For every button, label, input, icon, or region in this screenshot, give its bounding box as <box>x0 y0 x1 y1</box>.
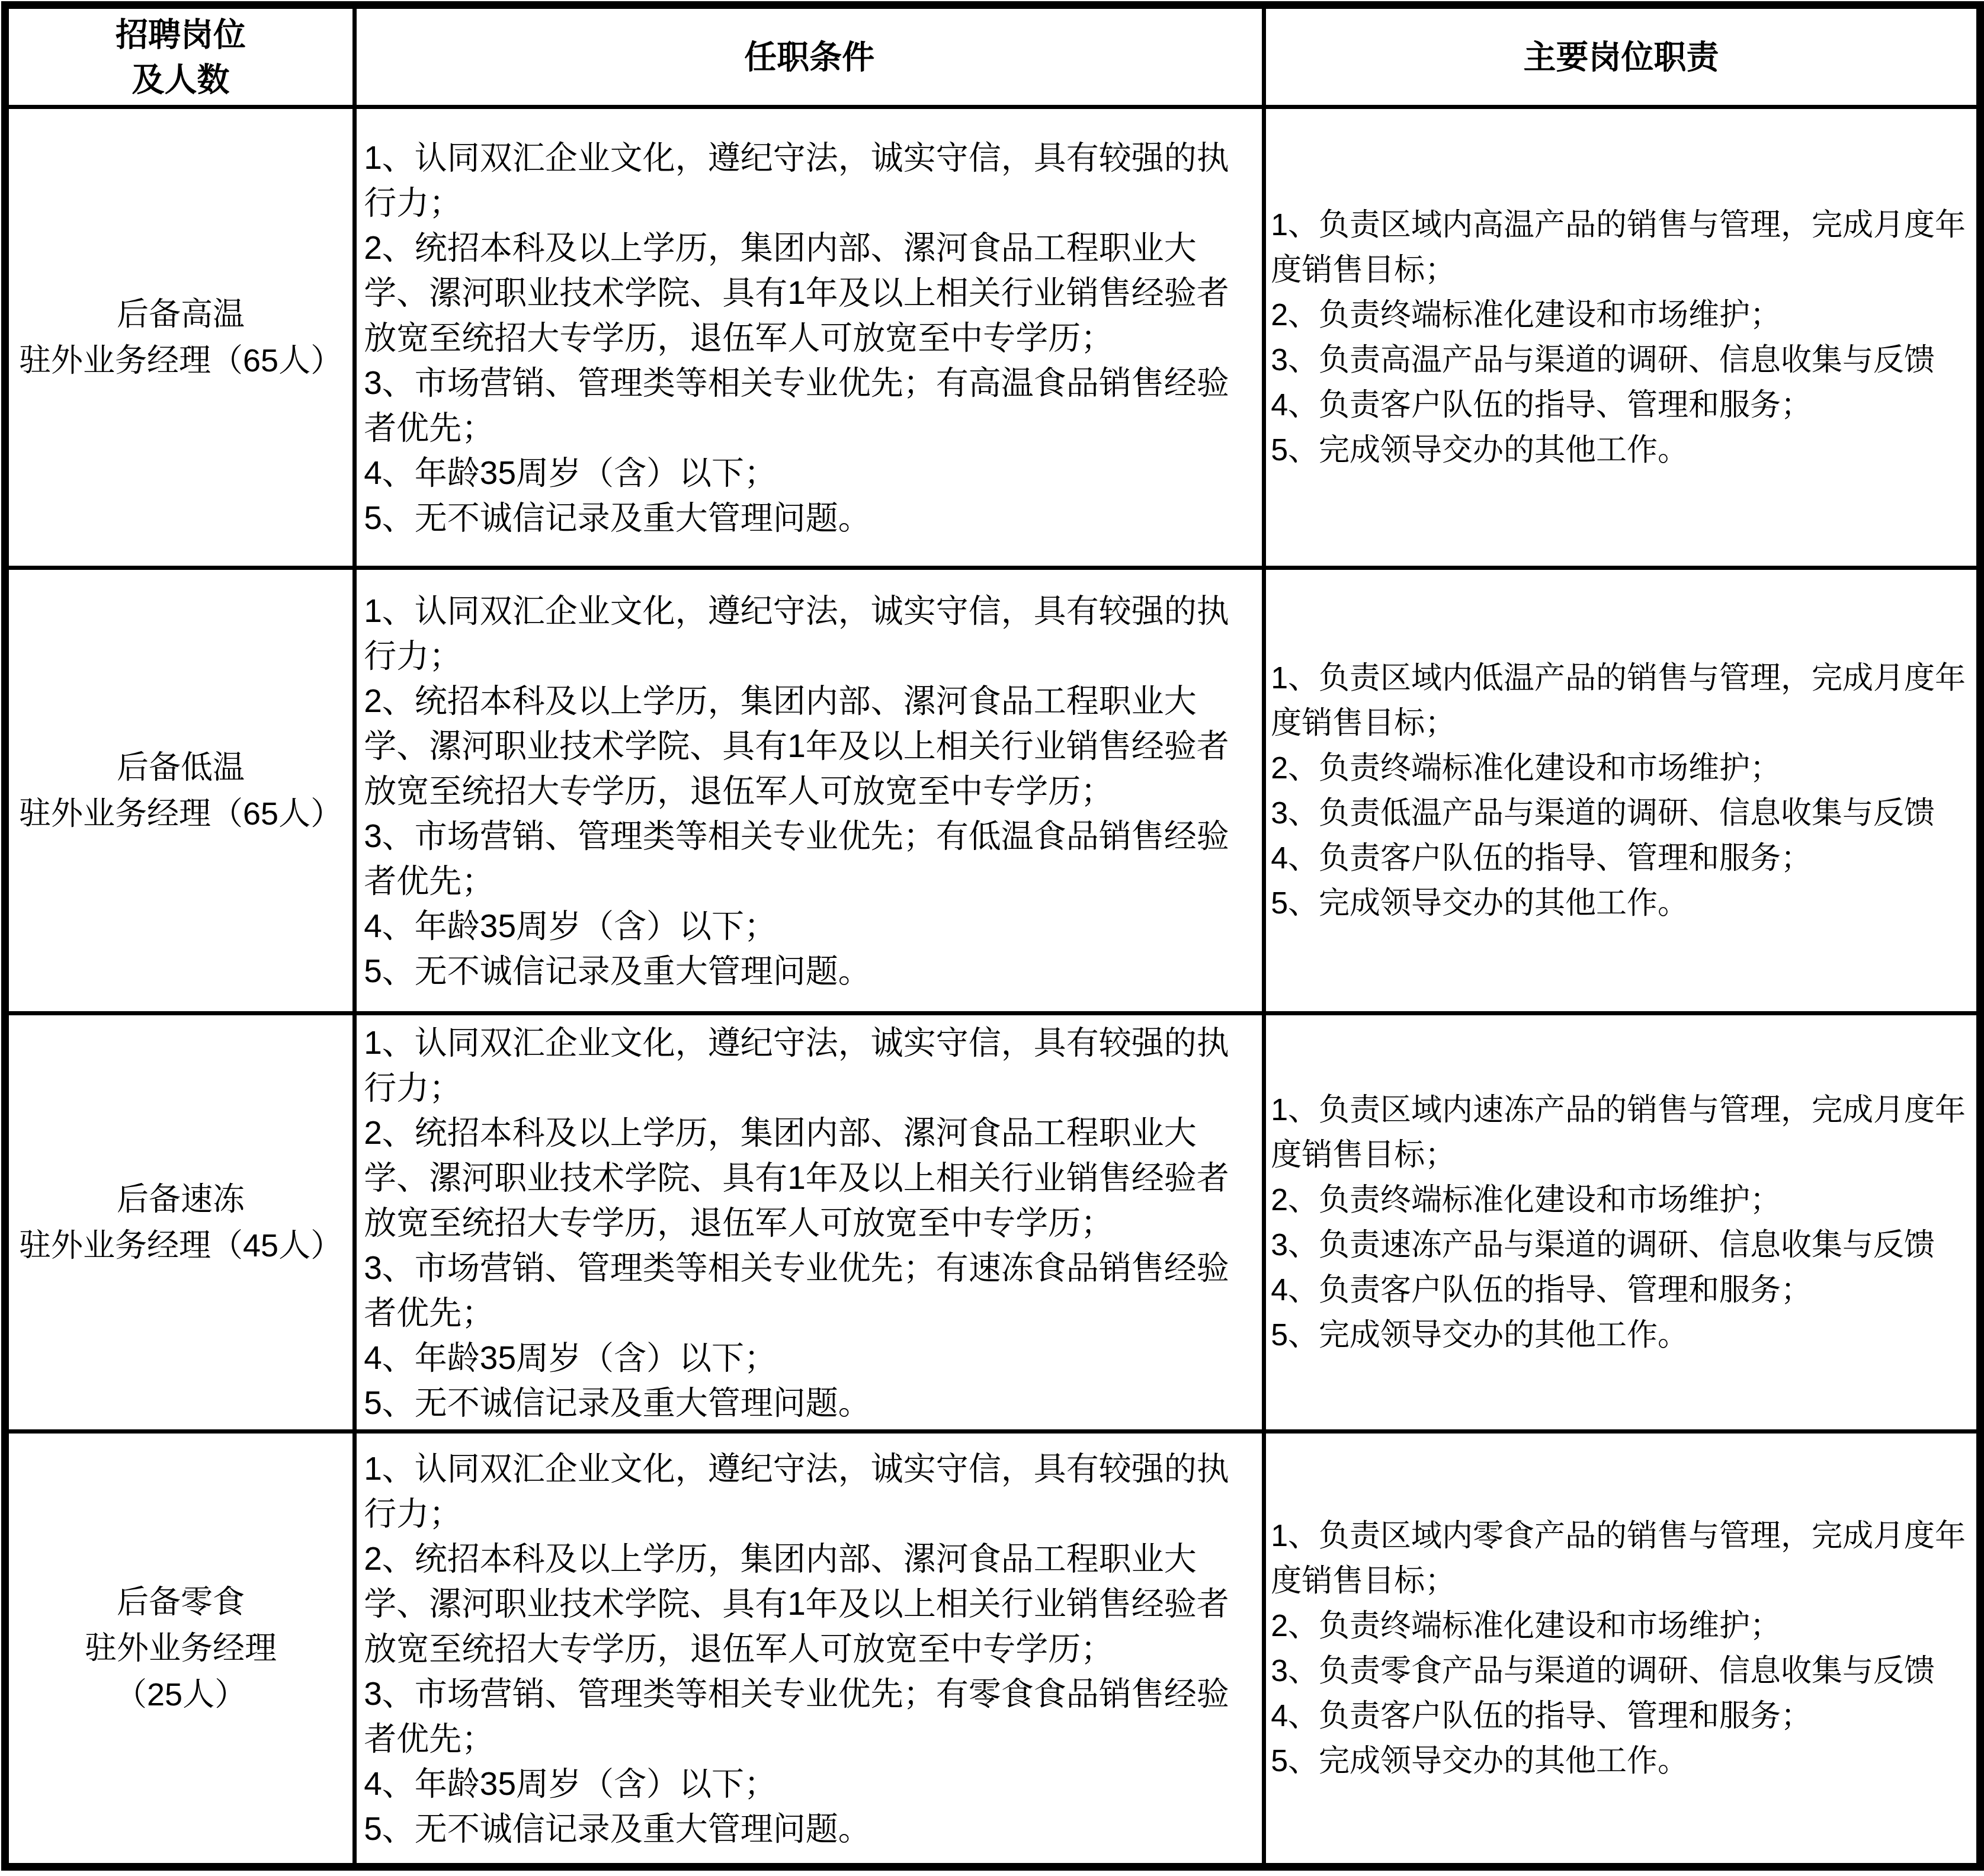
header-requirements: 任职条件 <box>355 5 1264 107</box>
requirements-cell: 1、认同双汇企业文化，遵纪守法，诚实守信，具有较强的执行力； 2、统招本科及以上… <box>355 568 1264 1014</box>
table-row: 后备低温 驻外业务经理（65人） 1、认同双汇企业文化，遵纪守法，诚实守信，具有… <box>5 568 1980 1014</box>
position-cell: 后备高温 驻外业务经理（65人） <box>5 107 355 568</box>
header-duties: 主要岗位职责 <box>1264 5 1980 107</box>
duties-cell: 1、负责区域内低温产品的销售与管理，完成月度年度销售目标； 2、负责终端标准化建… <box>1264 568 1980 1014</box>
position-cell: 后备速冻 驻外业务经理（45人） <box>5 1014 355 1432</box>
position-cell: 后备低温 驻外业务经理（65人） <box>5 568 355 1014</box>
duties-cell: 1、负责区域内零食产品的销售与管理，完成月度年度销售目标； 2、负责终端标准化建… <box>1264 1432 1980 1867</box>
table-row: 后备速冻 驻外业务经理（45人） 1、认同双汇企业文化，遵纪守法，诚实守信，具有… <box>5 1014 1980 1432</box>
position-cell: 后备零食 驻外业务经理 （25人） <box>5 1432 355 1867</box>
table-row: 后备零食 驻外业务经理 （25人） 1、认同双汇企业文化，遵纪守法，诚实守信，具… <box>5 1432 1980 1867</box>
recruitment-table: 招聘岗位 及人数 任职条件 主要岗位职责 后备高温 驻外业务经理（65人） 1、… <box>1 1 1984 1871</box>
duties-cell: 1、负责区域内速冻产品的销售与管理，完成月度年度销售目标； 2、负责终端标准化建… <box>1264 1014 1980 1432</box>
requirements-cell: 1、认同双汇企业文化，遵纪守法，诚实守信，具有较强的执行力； 2、统招本科及以上… <box>355 1432 1264 1867</box>
header-row: 招聘岗位 及人数 任职条件 主要岗位职责 <box>5 5 1980 107</box>
header-position: 招聘岗位 及人数 <box>5 5 355 107</box>
requirements-cell: 1、认同双汇企业文化，遵纪守法，诚实守信，具有较强的执行力； 2、统招本科及以上… <box>355 107 1264 568</box>
duties-cell: 1、负责区域内高温产品的销售与管理，完成月度年度销售目标； 2、负责终端标准化建… <box>1264 107 1980 568</box>
requirements-cell: 1、认同双汇企业文化，遵纪守法，诚实守信，具有较强的执行力； 2、统招本科及以上… <box>355 1014 1264 1432</box>
table-row: 后备高温 驻外业务经理（65人） 1、认同双汇企业文化，遵纪守法，诚实守信，具有… <box>5 107 1980 568</box>
